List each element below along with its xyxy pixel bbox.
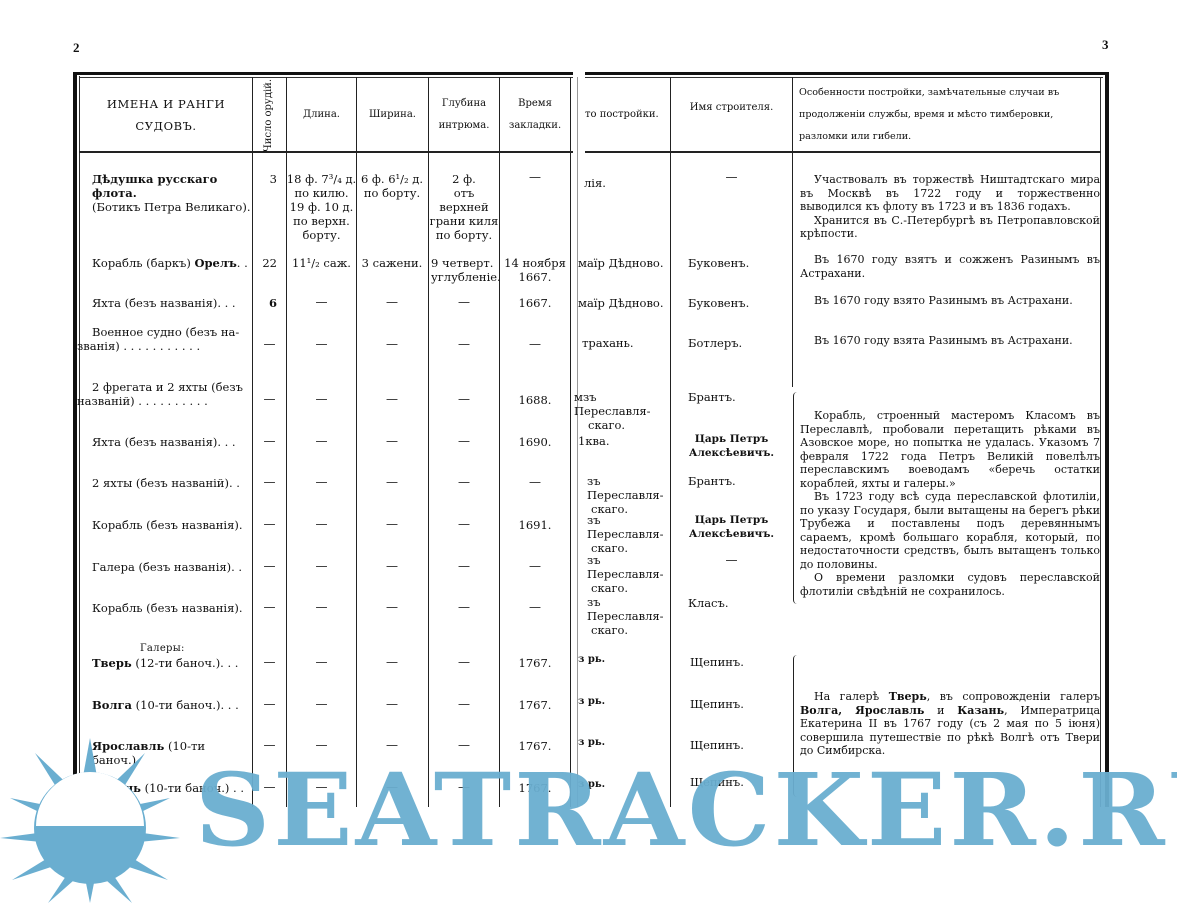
laid-down: — (500, 337, 570, 351)
place-line: зъ Переславля- (587, 513, 670, 541)
depth: — (429, 655, 499, 669)
place-line: скаго. (587, 623, 670, 637)
depth: 2 ф. отъ верхней грани киля по борту. (429, 172, 499, 242)
length: — (286, 738, 357, 752)
depth: — (429, 697, 499, 711)
builder-line: Алексѣевичъ. (671, 527, 792, 541)
width: — (356, 600, 428, 614)
ship-name-rest: (Ботикъ Петра Великаго). (92, 200, 250, 214)
note-paragraph: Въ 1670 году взятъ и сожженъ Разинымъ въ… (800, 253, 1100, 280)
builder: Буковенъ. (688, 256, 792, 270)
builder: — (671, 553, 792, 567)
builder: Царь Петръ Алексѣевичъ. (671, 432, 792, 460)
guns: — (253, 475, 286, 489)
place: з рь. (578, 695, 670, 709)
header-depth: Глубина интрюма. (429, 82, 499, 148)
length: 18 ф. 7³/₄ д. по килю. 19 ф. 10 д. по ве… (286, 172, 357, 242)
guns: 6 (255, 296, 277, 310)
ship-name-bold: Дѣдушка русскаго флота. (92, 172, 217, 200)
place: маїр Дѣдново. (578, 256, 670, 270)
guns: 3 (255, 172, 277, 186)
note-military-vessel: Въ 1670 году взята Разинымъ въ Астрахани… (800, 334, 1100, 348)
place: трахань. (582, 336, 670, 350)
length: — (286, 559, 357, 573)
note-orel: Въ 1670 году взятъ и сожженъ Разинымъ въ… (800, 253, 1100, 280)
length: — (286, 697, 357, 711)
place-line: зъ Переславля- (587, 595, 670, 623)
ship-name: Дѣдушка русскаго флота. (Ботикъ Петра Ве… (92, 172, 252, 214)
width: — (356, 697, 428, 711)
laid-down: 1691. (500, 518, 570, 532)
header-length: Длина. (287, 80, 356, 150)
frame-border-top-right-inner (585, 77, 1103, 78)
width-line: 6 ф. 6¹/₂ д. (356, 172, 428, 186)
depth: — (429, 738, 499, 752)
guns: — (253, 559, 286, 573)
sun-logo-icon (0, 718, 180, 903)
header-builder: Имя строителя. (671, 80, 792, 136)
header-laid-down: Время закладки. (500, 82, 570, 148)
depth: — (429, 517, 499, 531)
width: — (356, 295, 428, 309)
builder: Класъ. (688, 596, 792, 610)
depth-line: 2 ф. (429, 172, 499, 186)
note-bold-ship: Тверь (889, 690, 927, 703)
length: — (286, 655, 357, 669)
width: — (356, 655, 428, 669)
guns: — (253, 738, 286, 752)
header-width: Ширина. (357, 80, 428, 150)
place: зъ Переславля- скаго. (587, 553, 670, 595)
depth: — (429, 295, 499, 309)
width: — (356, 475, 428, 489)
header-guns-label: Число орудій. (264, 78, 275, 151)
ship-name-pre: Корабль (баркъ) (92, 256, 194, 270)
length: 11¹/₂ саж. (286, 256, 357, 270)
length: — (286, 337, 357, 351)
note-text: , въ сопровожденіи галеръ (927, 690, 1100, 703)
note-botik: Участвовалъ въ торжествѣ Ништадтскаго ми… (800, 173, 1100, 241)
width: — (356, 738, 428, 752)
depth: — (429, 475, 499, 489)
place-line: скаго. (574, 418, 670, 432)
ship-name-bold: Волга (92, 698, 132, 712)
builder: — (671, 170, 792, 184)
place: зъ Переславля- скаго. (587, 595, 670, 637)
place: зъ Переславля- скаго. (587, 474, 670, 516)
depth: — (429, 559, 499, 573)
ship-name: Корабль (безъ названія). (92, 601, 252, 615)
group-label: Галеры: (92, 642, 252, 656)
place: з рь. (578, 653, 670, 667)
note-paragraph: О времени разломки судовъ переславской ф… (800, 571, 1100, 598)
length: — (286, 295, 357, 309)
guns: — (253, 337, 286, 351)
builder: Брантъ. (688, 390, 792, 404)
depth: — (429, 600, 499, 614)
brace-pereslavl (793, 392, 800, 604)
ship-name: 2 фрегата и 2 яхты (безъ названій) . . .… (77, 380, 252, 408)
length: — (286, 434, 357, 448)
laid-down: 1690. (500, 435, 570, 449)
width: — (356, 392, 428, 406)
frame-border-top-left (73, 72, 573, 75)
ship-name: Волга (10-ти баноч.). . . (92, 698, 252, 712)
header-guns: Число орудій. (255, 80, 283, 150)
col-rule (792, 77, 793, 387)
length-line: по килю. (286, 186, 357, 200)
laid-down: 1767. (500, 698, 570, 712)
width: 3 сажени. (356, 256, 428, 270)
laid-down: — (500, 600, 570, 614)
ship-name: Корабль (баркъ) Орелъ. . (92, 256, 252, 270)
place: зъ Переславля- скаго. (587, 513, 670, 555)
depth-line: грани киля (429, 214, 499, 228)
note-yacht-1667: Въ 1670 году взято Разинымъ въ Астрахани… (800, 294, 1100, 308)
builder-line: Царь Петръ (671, 513, 792, 527)
ship-name-post: . . (237, 256, 248, 270)
ship-name-bold: Тверь (92, 656, 132, 670)
length-line: по верхн. (286, 214, 357, 228)
guns: 22 (255, 256, 277, 270)
frame-border-top-right (585, 72, 1109, 75)
laid-down-line: 1667. (500, 270, 570, 284)
place: мзъ Переславля- скаго. (574, 390, 670, 432)
place-line: мзъ Переславля- (574, 390, 670, 418)
length: — (286, 600, 357, 614)
depth: — (429, 337, 499, 351)
col-rule (570, 77, 571, 807)
ship-name-rest: (12-ти баноч.). . . (132, 656, 239, 670)
note-paragraph: Въ 1670 году взята Разинымъ въ Астрахани… (800, 334, 1100, 348)
place: маїр Дѣдново. (578, 296, 670, 310)
header-notes: Особенности постройки, замѣчательные слу… (795, 84, 1101, 146)
ship-name-line: Военное судно (безъ на- (77, 325, 252, 339)
laid-down-line: 14 ноября (500, 256, 570, 270)
place-line: зъ Переславля- (587, 553, 670, 581)
builder: Брантъ. (688, 474, 792, 488)
depth-line: отъ верхней (429, 186, 499, 214)
depth: — (429, 392, 499, 406)
width-line: по борту. (356, 186, 428, 200)
builder: Буковенъ. (688, 296, 792, 310)
ship-name: 2 яхты (безъ названій). . (92, 476, 252, 490)
builder: Щепинъ. (690, 655, 792, 669)
length-line: борту. (286, 228, 357, 242)
depth: 9 четверт. углубленіе. (431, 256, 499, 284)
laid-down: 14 ноября 1667. (500, 256, 570, 284)
ship-name-line: званія) . . . . . . . . . . . (77, 339, 252, 353)
page-number-left: 2 (73, 40, 80, 56)
page-number-right: 3 (1102, 37, 1109, 53)
ship-name: Яхта (безъ названія). . . (92, 296, 252, 310)
header-place: то постройки. (585, 80, 670, 150)
width: — (356, 517, 428, 531)
watermark-text: SEATRACKER.RU (195, 760, 1177, 860)
frame-border-right-inner (1100, 77, 1101, 807)
laid-down: — (500, 559, 570, 573)
length-line: 19 ф. 10 д. (286, 200, 357, 214)
builder-line: Алексѣевичъ. (671, 446, 792, 460)
ship-name-line: названій) . . . . . . . . . . (77, 394, 252, 408)
depth-line: по борту. (429, 228, 499, 242)
note-paragraph: Корабль, строенный мастеромъ Класомъ въ … (800, 409, 1100, 490)
note-paragraph: Хранится въ С.-Петербургѣ въ Петропавлов… (800, 214, 1100, 241)
ship-name: Военное судно (безъ на- званія) . . . . … (77, 325, 252, 353)
frame-border-left (73, 72, 77, 807)
ship-name-bold: Орелъ (194, 256, 236, 270)
place-line: зъ Переславля- (587, 474, 670, 502)
width: — (356, 559, 428, 573)
place: лія. (584, 176, 670, 190)
length: — (286, 392, 357, 406)
header-names: ИМЕНА И РАНГИ СУДОВЪ. (80, 80, 252, 150)
length: — (286, 475, 357, 489)
note-pereslavl-flotilla: Корабль, строенный мастеромъ Класомъ въ … (800, 409, 1100, 598)
note-paragraph: Въ 1723 году всѣ суда переславской флоти… (800, 490, 1100, 571)
note-text: На галерѣ (814, 690, 889, 703)
builder-line: Царь Петръ (671, 432, 792, 446)
builder: Царь Петръ Алексѣевичъ. (671, 513, 792, 541)
ship-name-rest: (10-ти баноч.). . . (132, 698, 239, 712)
laid-down: — (500, 475, 570, 489)
place: 1ква. (578, 434, 670, 448)
width: — (356, 337, 428, 351)
note-text: и (924, 704, 957, 717)
header-divider-right (585, 151, 1101, 153)
guns: — (253, 392, 286, 406)
ship-name: Корабль (безъ названія). (92, 518, 252, 532)
note-bold-ship: Волга, Ярославль (800, 704, 924, 717)
laid-down: 1688. (500, 393, 570, 407)
guns: — (253, 697, 286, 711)
length: — (286, 517, 357, 531)
depth: — (429, 434, 499, 448)
note-paragraph: Участвовалъ въ торжествѣ Ништадтскаго ми… (800, 173, 1100, 214)
ship-name: Яхта (безъ названія). . . (92, 435, 252, 449)
place-line: скаго. (587, 581, 670, 595)
frame-border-right (1105, 72, 1109, 807)
guns: — (253, 517, 286, 531)
laid-down: 1767. (500, 656, 570, 670)
frame-border-left-inner (79, 76, 80, 807)
builder: Щепинъ. (690, 697, 792, 711)
builder: Ботлеръ. (688, 336, 792, 350)
note-galleys-1767: На галерѣ Тверь, въ сопровожденіи галеръ… (800, 690, 1100, 758)
ship-name-line: 2 фрегата и 2 яхты (безъ (77, 380, 252, 394)
depth-line: углубленіе. (431, 270, 499, 284)
builder: Щепинъ. (690, 738, 792, 752)
guns: — (253, 600, 286, 614)
note-bold-ship: Казань (957, 704, 1004, 717)
place: з рь. (578, 736, 670, 750)
ship-name: Тверь (12-ти баноч.). . . (92, 656, 252, 670)
laid-down: — (500, 170, 570, 184)
width: — (356, 434, 428, 448)
ship-name: Галера (безъ названія). . (92, 560, 252, 574)
note-paragraph: Въ 1670 году взято Разинымъ въ Астрахани… (800, 294, 1100, 308)
length-line: 18 ф. 7³/₄ д. (286, 172, 357, 186)
guns: — (253, 655, 286, 669)
depth-line: 9 четверт. (431, 256, 499, 270)
laid-down: 1667. (500, 296, 570, 310)
guns: — (253, 434, 286, 448)
width: 6 ф. 6¹/₂ д. по борту. (356, 172, 428, 200)
